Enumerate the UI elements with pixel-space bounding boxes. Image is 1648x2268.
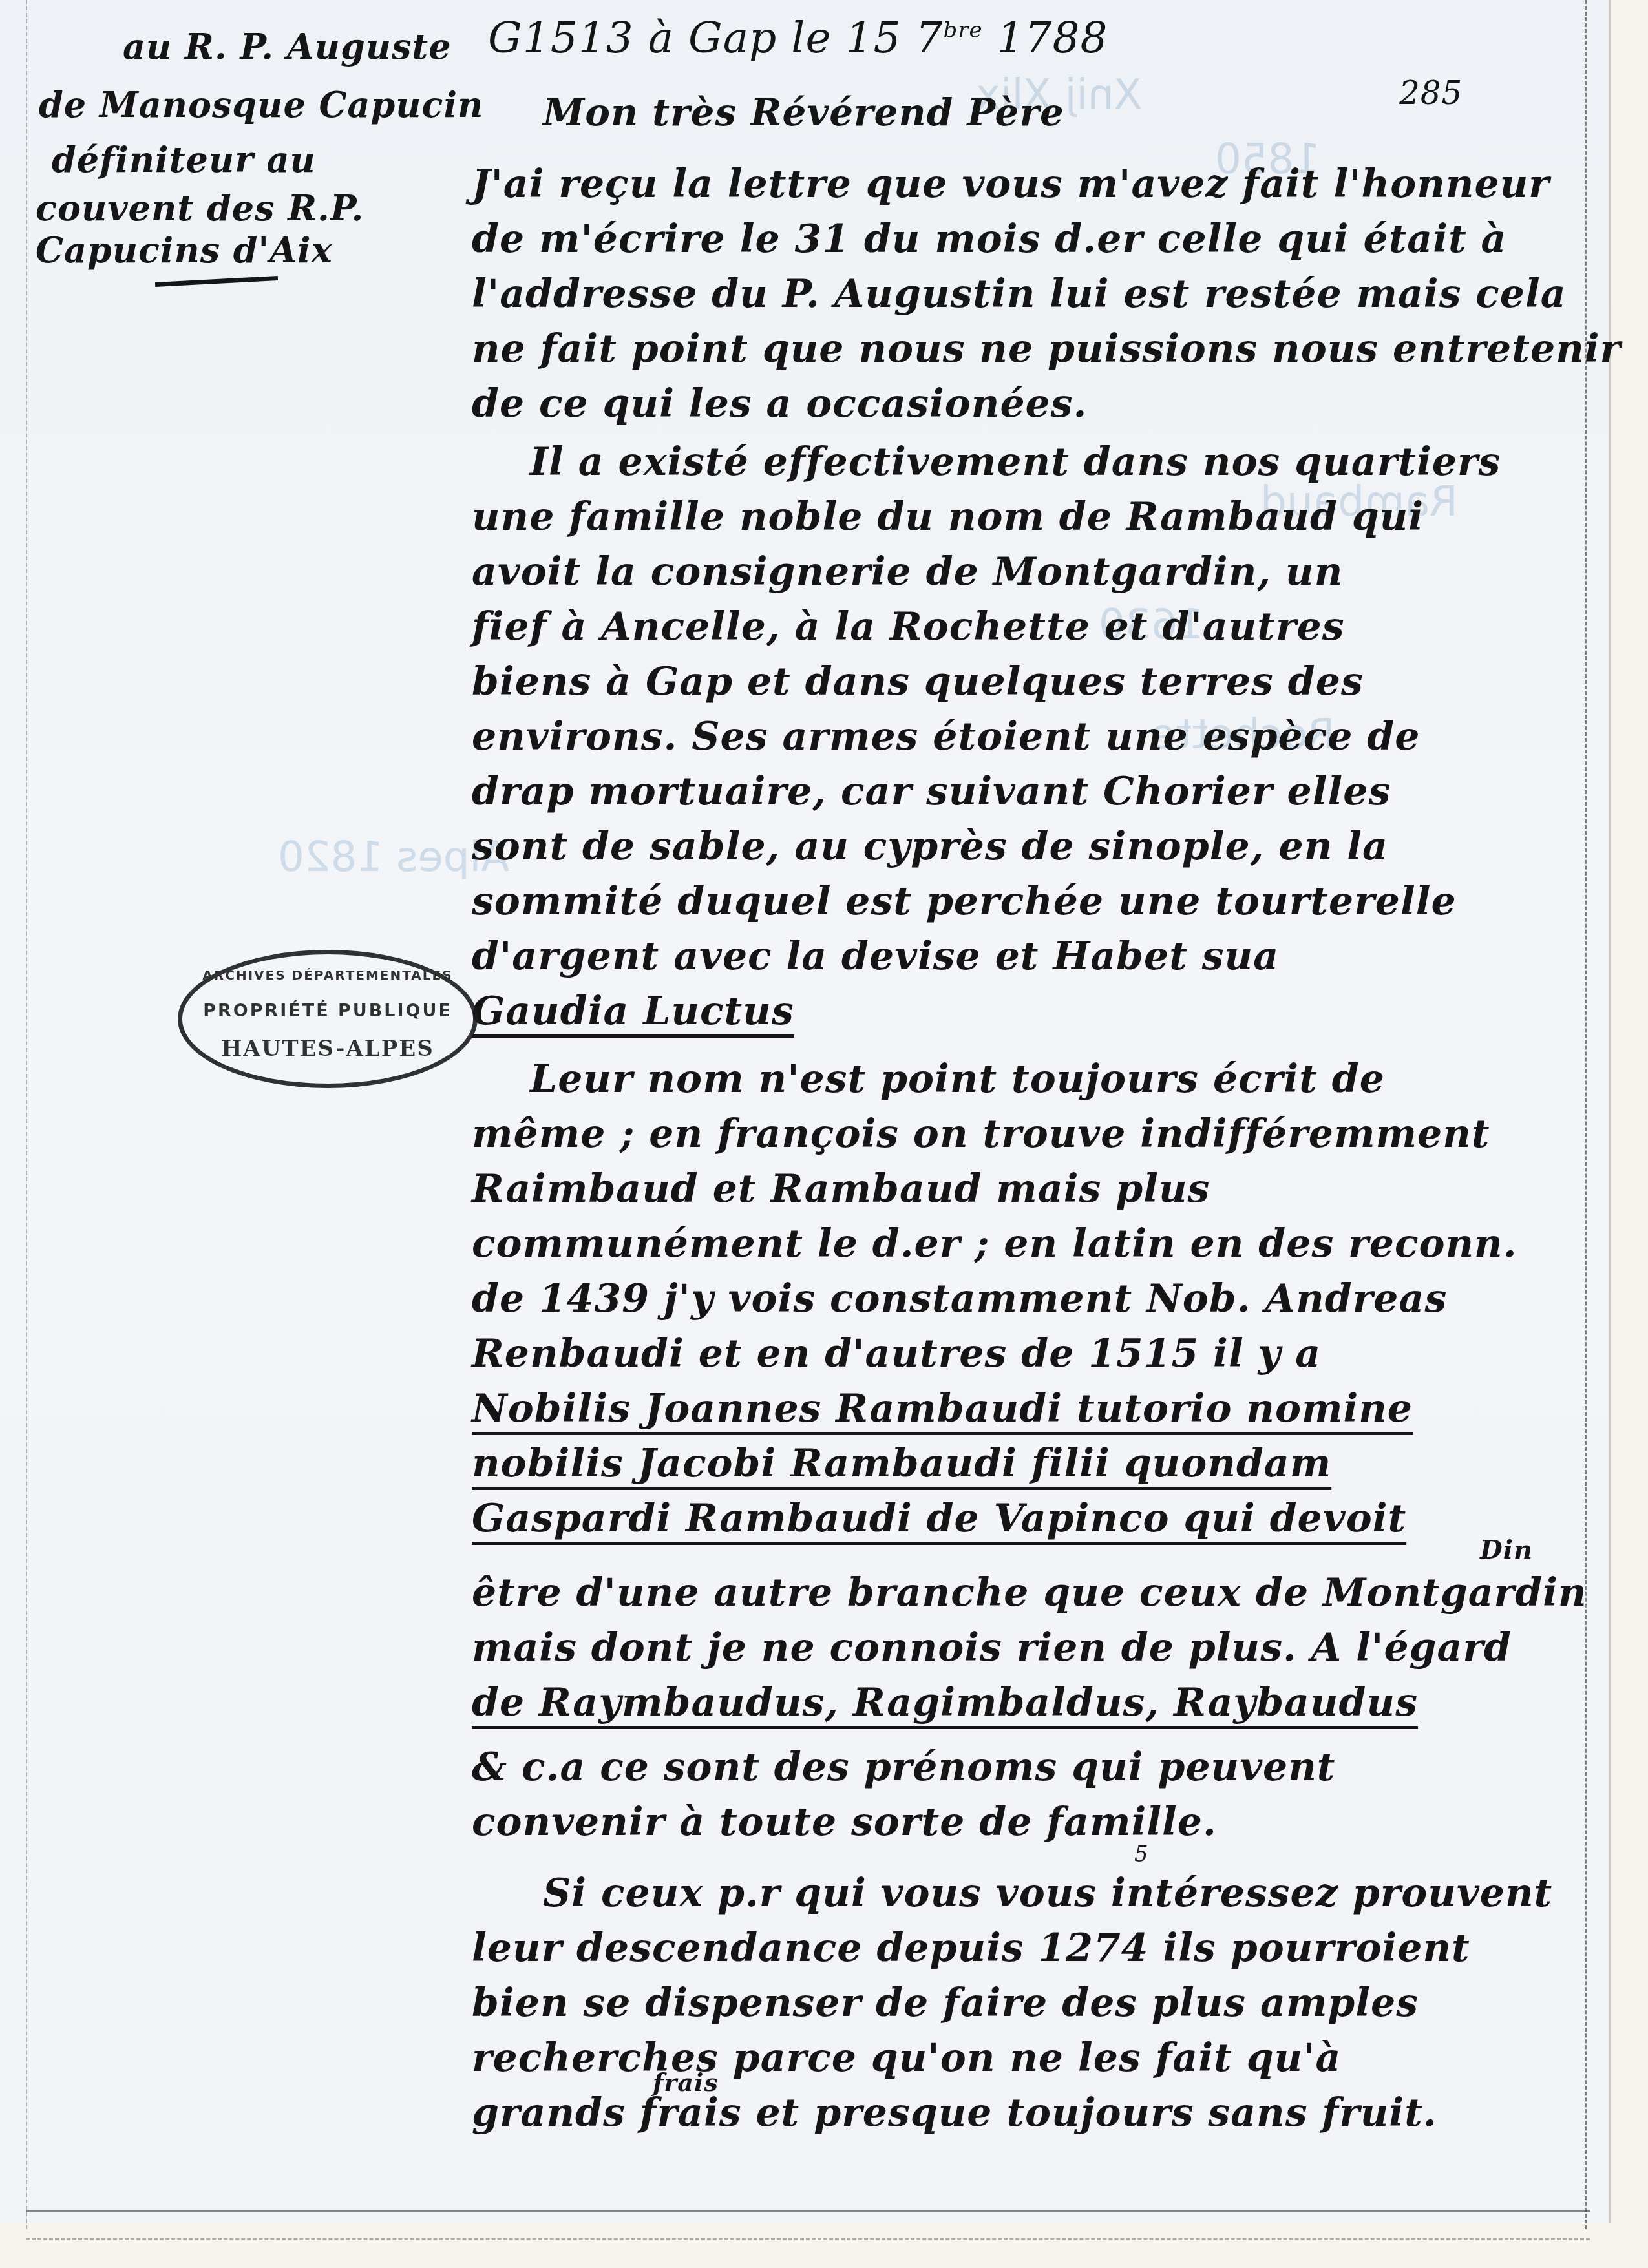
body-line: & c.a ce sont des prénoms qui peuvent — [472, 1745, 1336, 1790]
stamp-line: ARCHIVES DÉPARTEMENTALES — [182, 967, 473, 983]
archive-stamp: ARCHIVES DÉPARTEMENTALES PROPRIÉTÉ PUBLI… — [178, 950, 478, 1088]
body-line: Nobilis Joannes Rambaudi tutorio nomine — [472, 1386, 1413, 1431]
body-line: J'ai reçu la lettre que vous m'avez fait… — [472, 162, 1550, 207]
body-line: sont de sable, au cyprès de sinople, en … — [472, 824, 1388, 869]
year: 1788 — [997, 13, 1108, 63]
body-line: Il a existé effectivement dans nos quart… — [530, 439, 1501, 485]
body-line: ne fait point que nous ne puissions nous… — [472, 326, 1621, 372]
page-number: 285 — [1399, 74, 1463, 112]
body-line: d'argent avec la devise et Habet sua — [472, 934, 1279, 979]
body-line: Raimbaud et Rambaud mais plus — [472, 1166, 1210, 1212]
letter-header: G1513 à Gap le 15 7bre 1788 — [488, 13, 1108, 63]
margin-note-line: de Manosque Capucin — [39, 84, 483, 125]
interlinear-insertion: frais — [653, 2068, 719, 2097]
body-line: drap mortuaire, car suivant Chorier elle… — [472, 769, 1391, 814]
folio-mark: 5 — [1134, 1842, 1149, 1867]
margin-note-line: définiteur au — [52, 139, 316, 180]
body-line: une famille noble du nom de Rambaud qui — [472, 494, 1424, 540]
body-line: communément le d.er ; en latin en des re… — [472, 1221, 1517, 1266]
torn-bottom-edge — [26, 2210, 1590, 2240]
stamp-line: PROPRIÉTÉ PUBLIQUE — [182, 1001, 473, 1021]
archive-reference: G1513 — [488, 13, 634, 63]
body-line: Leur nom n'est point toujours écrit de — [530, 1056, 1385, 1102]
body-line: biens à Gap et dans quelques terres des — [472, 659, 1364, 704]
body-line: même ; en françois on trouve indifféremm… — [472, 1111, 1490, 1157]
body-line: recherches parce qu'on ne les fait qu'à — [472, 2035, 1341, 2081]
margin-note-line: couvent des R.P. — [36, 187, 364, 229]
interlinear-insertion: Din — [1480, 1535, 1533, 1565]
body-line: de m'écrire le 31 du mois d.er celle qui… — [472, 216, 1507, 262]
body-line: l'addresse du P. Augustin lui est restée… — [472, 271, 1567, 317]
body-line: de 1439 j'y vois constamment Nob. Andrea… — [472, 1276, 1447, 1321]
margin-note-line: Capucins d'Aix — [36, 229, 333, 271]
body-line: nobilis Jacobi Rambaudi filii quondam — [472, 1441, 1331, 1486]
stamp-line: HAUTES-ALPES — [182, 1036, 473, 1062]
body-line: Gaspardi Rambaudi de Vapinco qui devoit — [472, 1496, 1406, 1541]
salutation: Mon très Révérend Père — [543, 90, 1064, 134]
body-line: grands frais et presque toujours sans fr… — [472, 2090, 1437, 2136]
body-line: mais dont je ne connois rien de plus. A … — [472, 1625, 1512, 1670]
body-line: bien se dispenser de faire des plus ampl… — [472, 1980, 1419, 2026]
body-line-motto: Gaudia Luctus — [472, 989, 794, 1034]
margin-note-line: au R. P. Auguste — [123, 26, 452, 67]
body-line: sommité duquel est perchée une tourterel… — [472, 879, 1457, 924]
body-line: Renbaudi et en d'autres de 1515 il y a — [472, 1331, 1321, 1376]
body-line: avoit la consignerie de Montgardin, un — [472, 549, 1343, 594]
body-line: être d'une autre branche que ceux de Mon… — [472, 1570, 1587, 1615]
place-date: à Gap le 15 7 — [648, 13, 944, 63]
body-line: environs. Ses armes étoient une espèce d… — [472, 714, 1420, 759]
body-line: de Raymbaudus, Ragimbaldus, Raybaudus — [472, 1680, 1418, 1725]
body-line: de ce qui les a occasionées. — [472, 381, 1087, 426]
body-line: Si ceux p.r qui vous vous intéressez pro… — [543, 1871, 1552, 1916]
body-line: leur descendance depuis 1274 ils pourroi… — [472, 1926, 1470, 1971]
body-line: fief à Ancelle, à la Rochette et d'autre… — [472, 604, 1345, 649]
body-line: convenir à toute sorte de famille. — [472, 1800, 1217, 1845]
month-abbrev: bre — [943, 17, 982, 43]
